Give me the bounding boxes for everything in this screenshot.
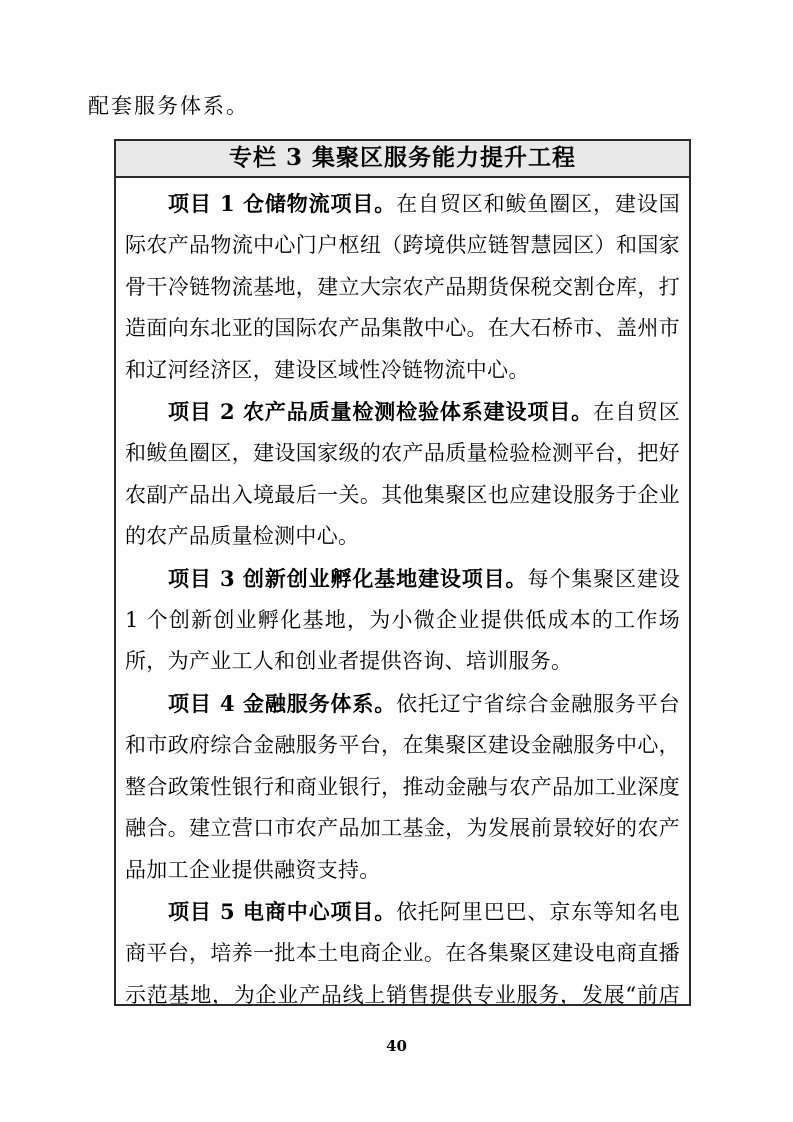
project-4-body-text: 依托辽宁省综合金融服务平台和市政府综合金融服务平台，在集聚区建设金融服务中心，整… <box>125 692 680 882</box>
panel-title: 专栏 3 集聚区服务能力提升工程 <box>116 141 689 178</box>
project-1-body-text: 在自贸区和鲅鱼圈区，建设国际农产品物流中心门户枢纽（跨境供应链智慧园区）和国家骨… <box>125 192 680 382</box>
project-5-lead: 项目 5 电商中心项目。 <box>168 899 396 924</box>
project-panel: 专栏 3 集聚区服务能力提升工程 项目 1 仓储物流项目。在自贸区和鲅鱼圈区，建… <box>114 139 691 1006</box>
project-paragraph-4: 项目 4 金融服务体系。依托辽宁省综合金融服务平台和市政府综合金融服务平台，在集… <box>125 683 680 891</box>
project-paragraph-1: 项目 1 仓储物流项目。在自贸区和鲅鱼圈区，建设国际农产品物流中心门户枢纽（跨境… <box>125 183 680 391</box>
document-page: 配套服务体系。 专栏 3 集聚区服务能力提升工程 项目 1 仓储物流项目。在自贸… <box>0 0 793 1122</box>
project-paragraph-3: 项目 3 创新创业孵化基地建设项目。每个集聚区建设 1 个创新创业孵化基地，为小… <box>125 558 680 683</box>
project-paragraph-5: 项目 5 电商中心项目。依托阿里巴巴、京东等知名电商平台，培养一批本土电商企业。… <box>125 891 680 1006</box>
panel-body: 项目 1 仓储物流项目。在自贸区和鲅鱼圈区，建设国际农产品物流中心门户枢纽（跨境… <box>116 178 689 1006</box>
intro-paragraph: 配套服务体系。 <box>88 90 249 120</box>
project-4-lead: 项目 4 金融服务体系。 <box>168 691 396 716</box>
project-2-lead: 项目 2 农产品质量检测检验体系建设项目。 <box>168 399 593 424</box>
project-3-lead: 项目 3 创新创业孵化基地建设项目。 <box>168 566 527 591</box>
page-number: 40 <box>0 1037 793 1055</box>
project-1-lead: 项目 1 仓储物流项目。 <box>168 191 396 216</box>
project-paragraph-2: 项目 2 农产品质量检测检验体系建设项目。在自贸区和鲅鱼圈区，建设国家级的农产品… <box>125 391 680 558</box>
